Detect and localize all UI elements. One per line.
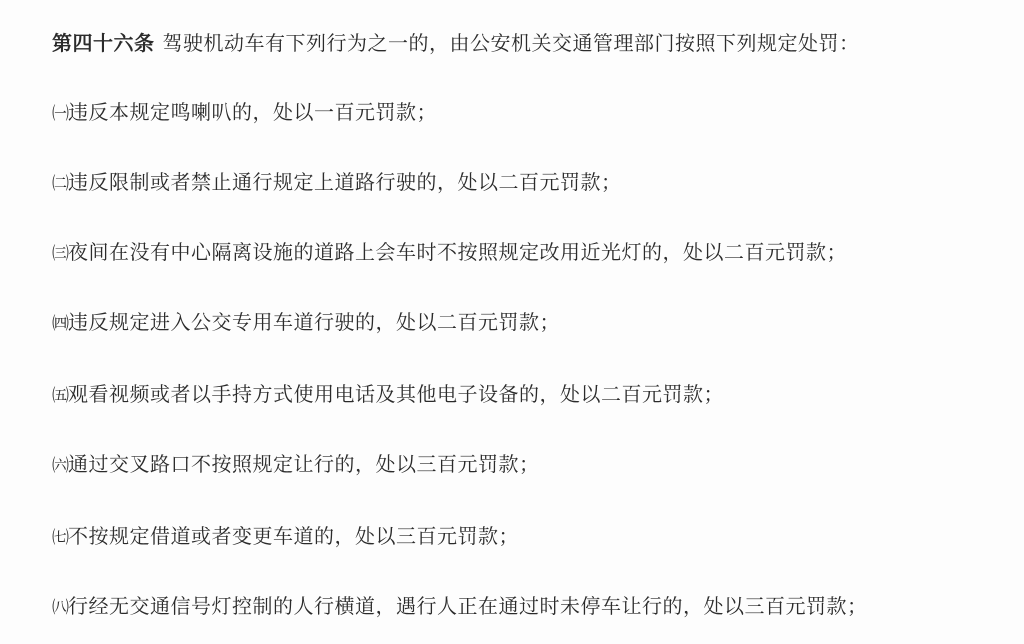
item-marker: ㈠ (52, 104, 68, 124)
item-marker: ㈤ (52, 386, 68, 406)
list-item: ㈦不按规定借道或者变更车道的，处以三百元罚款； (52, 523, 519, 551)
item-text: 违反本规定鸣喇叭的，处以一百元罚款； (68, 100, 437, 124)
item-marker: ㈣ (52, 314, 68, 334)
item-text: 通过交叉路口不按照规定让行的，处以三百元罚款； (68, 452, 540, 476)
document-page: 第四十六条驾驶机动车有下列行为之一的，由公安机关交通管理部门按照下列规定处罚： … (0, 0, 1024, 644)
item-text: 违反限制或者禁止通行规定上道路行驶的，处以二百元罚款； (68, 170, 622, 194)
list-item: ㈥通过交叉路口不按照规定让行的，处以三百元罚款； (52, 451, 540, 479)
article-heading: 第四十六条驾驶机动车有下列行为之一的，由公安机关交通管理部门按照下列规定处罚： (52, 30, 860, 56)
item-text: 违反规定进入公交专用车道行驶的，处以二百元罚款； (68, 310, 560, 334)
list-item: ㈡违反限制或者禁止通行规定上道路行驶的，处以二百元罚款； (52, 169, 622, 197)
article-number: 第四十六条 (52, 31, 155, 55)
list-item: ㈠违反本规定鸣喇叭的，处以一百元罚款； (52, 99, 437, 127)
item-text: 夜间在没有中心隔离设施的道路上会车时不按照规定改用近光灯的，处以二百元罚款； (68, 240, 847, 264)
item-text: 行经无交通信号灯控制的人行横道，遇行人正在通过时未停车让行的，处以三百元罚款； (68, 594, 868, 618)
list-item: ㈧行经无交通信号灯控制的人行横道，遇行人正在通过时未停车让行的，处以三百元罚款； (52, 593, 868, 621)
item-marker: ㈧ (52, 598, 68, 618)
list-item: ㈢夜间在没有中心隔离设施的道路上会车时不按照规定改用近光灯的，处以二百元罚款； (52, 239, 847, 267)
article-intro: 驾驶机动车有下列行为之一的，由公安机关交通管理部门按照下列规定处罚： (163, 31, 860, 55)
item-marker: ㈢ (52, 244, 68, 264)
list-item: ㈣违反规定进入公交专用车道行驶的，处以二百元罚款； (52, 309, 560, 337)
item-marker: ㈡ (52, 174, 68, 194)
list-item: ㈤观看视频或者以手持方式使用电话及其他电子设备的，处以二百元罚款； (52, 381, 724, 409)
item-text: 不按规定借道或者变更车道的，处以三百元罚款； (68, 524, 519, 548)
item-marker: ㈦ (52, 528, 68, 548)
item-marker: ㈥ (52, 456, 68, 476)
item-text: 观看视频或者以手持方式使用电话及其他电子设备的，处以二百元罚款； (68, 382, 724, 406)
